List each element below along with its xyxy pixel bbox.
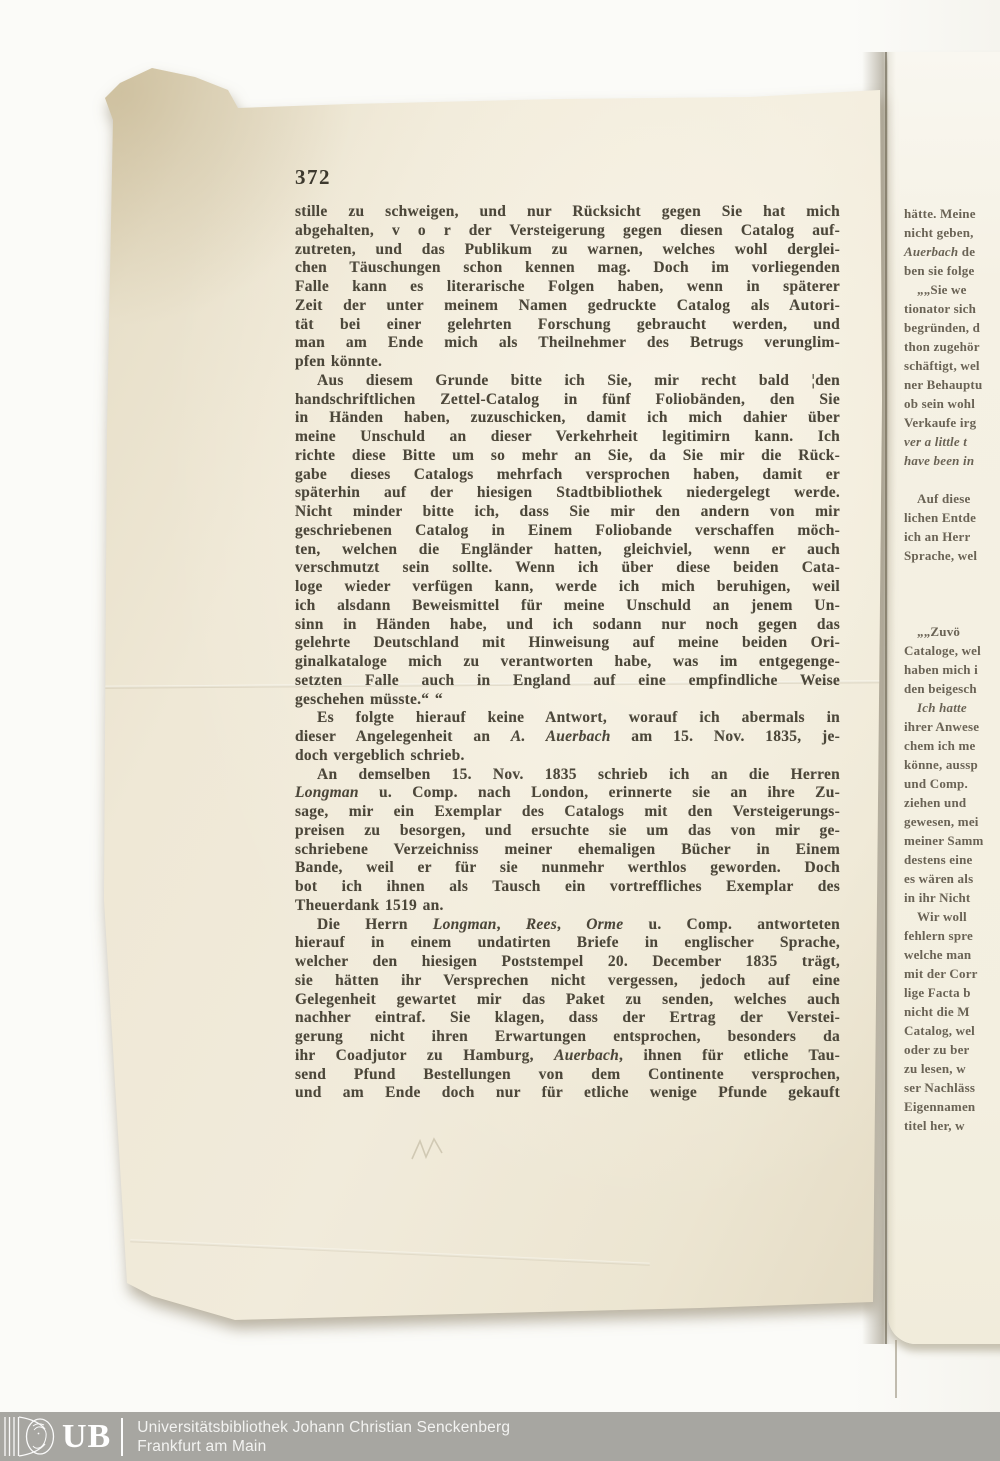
text-line: gerung nicht ihren Erwartungen entsproch… xyxy=(295,1028,840,1047)
text-line: handschriftlichen Zettel-Catalog in fünf… xyxy=(295,391,840,410)
text-line: sinn in Händen habe, und ich sodann nur … xyxy=(295,616,840,635)
facing-text-line: nicht geben, xyxy=(904,223,1000,242)
facing-text-line: ben sie folge xyxy=(904,261,1000,280)
text-line: meine Unschuld an dieser Verkehrheit leg… xyxy=(295,428,840,447)
scanned-page: 372 stille zu schweigen, und nur Rücksic… xyxy=(90,55,890,1325)
text-line: loge wieder verfügen kann, werde ich mic… xyxy=(295,578,840,597)
text-line: doch vergeblich schrieb. xyxy=(295,747,840,766)
ub-library-logo-icon xyxy=(2,1412,60,1461)
text-line: Nicht minder bitte ich, dass Sie mir den… xyxy=(295,503,840,522)
facing-text-line: nicht die M xyxy=(904,1002,1000,1021)
facing-text-line xyxy=(904,470,1000,489)
text-line: und am Ende doch nur für etliche wenige … xyxy=(295,1084,840,1103)
logo-divider xyxy=(121,1418,123,1456)
library-name: Universitätsbibliothek Johann Christian … xyxy=(137,1418,510,1437)
facing-text-line: oder zu ber xyxy=(904,1040,1000,1059)
facing-text-line: have been in xyxy=(904,451,1000,470)
text-line: Falle kann es literarische Folgen haben,… xyxy=(295,278,840,297)
text-line: schriebene Verzeichniss meiner ehemalige… xyxy=(295,841,840,860)
paper-crease xyxy=(130,1239,650,1266)
facing-text-line: thon zugehör xyxy=(904,337,1000,356)
page-fold-line xyxy=(895,1340,897,1398)
facing-text-line: den beigesch xyxy=(904,679,1000,698)
text-line: nachher eintraf. Sie klagen, dass der Er… xyxy=(295,1009,840,1028)
text-line: bot ich ihnen als Tausch ein vortrefflic… xyxy=(295,878,840,897)
facing-text-line: „„Sie we xyxy=(904,280,1000,299)
facing-text-line: ver a little t xyxy=(904,432,1000,451)
text-line: welcher den hiesigen Poststempel 20. Dec… xyxy=(295,953,840,972)
facing-text-line: es wären als xyxy=(904,869,1000,888)
facing-text-line: tionator sich xyxy=(904,299,1000,318)
facing-text-line: gewesen, mei xyxy=(904,812,1000,831)
text-line: send Pfund Bestellungen von dem Continen… xyxy=(295,1066,840,1085)
facing-text-line: ich an Herr xyxy=(904,527,1000,546)
text-line: verschmutzt sein sollte. Wenn ich über d… xyxy=(295,559,840,578)
facing-text-line: Eigennamen xyxy=(904,1097,1000,1116)
facing-text-line: ob sein wohl xyxy=(904,394,1000,413)
facing-text-line: in ihr Nicht xyxy=(904,888,1000,907)
facing-text-line: Sprache, wel xyxy=(904,546,1000,565)
text-line: gelehrte Deutschland mit Hinweisung auf … xyxy=(295,634,840,653)
facing-text-line: könne, aussp xyxy=(904,755,1000,774)
page-number: 372 xyxy=(295,165,840,190)
text-line: Longman u. Comp. nach London, erinnerte … xyxy=(295,784,840,803)
text-line: Bande, weil er für sie nunmehr werthlos … xyxy=(295,859,840,878)
library-city: Frankfurt am Main xyxy=(137,1437,510,1456)
text-line: hierauf in einem undatirten Briefe in en… xyxy=(295,934,840,953)
text-line: Zeit der unter meinem Namen gedruckte Ca… xyxy=(295,297,840,316)
facing-text-line: meiner Samm xyxy=(904,831,1000,850)
text-line: chen Täuschungen schon kennen mag. Doch … xyxy=(295,259,840,278)
facing-text-line: hätte. Meine xyxy=(904,204,1000,223)
facing-text-line xyxy=(904,584,1000,603)
facing-text-line: „„Zuvö xyxy=(904,622,1000,641)
text-line: abgehalten, v o r der Versteigerung gege… xyxy=(295,222,840,241)
facing-text-line: schäftigt, wel xyxy=(904,356,1000,375)
facing-text-line: begründen, d xyxy=(904,318,1000,337)
text-line: zutreten, und das Publikum zu warnen, we… xyxy=(295,241,840,260)
text-line: stille zu schweigen, und nur Rücksicht g… xyxy=(295,203,840,222)
facing-page-text: hätte. Meinenicht geben,Auerbach deben s… xyxy=(904,204,1000,1135)
facing-text-line: destens eine xyxy=(904,850,1000,869)
facing-text-line: und Comp. xyxy=(904,774,1000,793)
paper-sheet: 372 stille zu schweigen, und nur Rücksic… xyxy=(90,55,890,1325)
facing-text-line: titel her, w xyxy=(904,1116,1000,1135)
text-line: sage, mir ein Exemplar des Catalogs mit … xyxy=(295,803,840,822)
text-line: dieser Angelegenheit an A. Auerbach am 1… xyxy=(295,728,840,747)
text-line: man am Ende mich als Theilnehmer des Bet… xyxy=(295,334,840,353)
facing-text-line: ihrer Anwese xyxy=(904,717,1000,736)
facing-text-line: Catalog, wel xyxy=(904,1021,1000,1040)
text-line: in Händen haben, zuzuschicken, damit ich… xyxy=(295,409,840,428)
facing-text-line: Wir woll xyxy=(904,907,1000,926)
facing-text-line: fehlern spre xyxy=(904,926,1000,945)
text-line: ich alsdann Beweismittel für meine Unsch… xyxy=(295,597,840,616)
text-line: gabe dieses Catalogs mehrfach versproche… xyxy=(295,466,840,485)
text-line: pfen könnte. xyxy=(295,353,840,372)
facing-text-line: zu lesen, w xyxy=(904,1059,1000,1078)
text-line: richte diese Bitte um so mehr an Sie, da… xyxy=(295,447,840,466)
text-line: Aus diesem Grunde bitte ich Sie, mir rec… xyxy=(295,372,840,391)
facing-text-line xyxy=(904,603,1000,622)
text-line: geschehen müsste.“ “ xyxy=(295,691,840,710)
facing-text-line: Auf diese xyxy=(904,489,1000,508)
facing-page: hätte. Meinenicht geben,Auerbach deben s… xyxy=(888,52,1000,1344)
facing-text-line: welche man xyxy=(904,945,1000,964)
library-footer-bar: UB Universitätsbibliothek Johann Christi… xyxy=(0,1412,1000,1461)
text-line: preisen zu besorgen, und ersuchte sie um… xyxy=(295,822,840,841)
text-line: An demselben 15. Nov. 1835 schrieb ich a… xyxy=(295,766,840,785)
ub-logo-text: UB xyxy=(62,1420,111,1454)
text-line: sie hätten ihr Versprechen nicht vergess… xyxy=(295,972,840,991)
text-line: ginalkataloge mich zu verantworten habe,… xyxy=(295,653,840,672)
facing-text-line: ner Behauptu xyxy=(904,375,1000,394)
text-line: Die Herrn Longman, Rees, Orme u. Comp. a… xyxy=(295,916,840,935)
facing-text-line: Auerbach de xyxy=(904,242,1000,261)
page-text: stille zu schweigen, und nur Rücksicht g… xyxy=(295,203,840,1103)
facing-text-line: Verkaufe irg xyxy=(904,413,1000,432)
facing-text-line: haben mich i xyxy=(904,660,1000,679)
facing-text-line: Ich hatte xyxy=(904,698,1000,717)
text-line: setzten Falle auch in England auf eine e… xyxy=(295,672,840,691)
text-line: tät bei einer gelehrten Forschung gebrau… xyxy=(295,316,840,335)
facing-text-line xyxy=(904,565,1000,584)
book-scan-view: hätte. Meinenicht geben,Auerbach deben s… xyxy=(0,0,1000,1461)
text-line: geschriebenen Catalog in Einem Folioband… xyxy=(295,522,840,541)
facing-text-line: ser Nachläss xyxy=(904,1078,1000,1097)
text-line: Es folgte hierauf keine Antwort, worauf … xyxy=(295,709,840,728)
facing-text-line: ziehen und xyxy=(904,793,1000,812)
facing-text-line: Cataloge, wel xyxy=(904,641,1000,660)
text-line: ten, welchen die Engländer hatten, gleic… xyxy=(295,541,840,560)
pencil-mark xyxy=(410,1135,450,1165)
facing-text-line: chem ich me xyxy=(904,736,1000,755)
text-line: Theuerdank 1519 an. xyxy=(295,897,840,916)
facing-text-line: lige Facta b xyxy=(904,983,1000,1002)
text-line: späterhin auf der hiesigen Stadtbiblioth… xyxy=(295,484,840,503)
facing-text-line: mit der Corr xyxy=(904,964,1000,983)
text-line: Gelegenheit gewartet mir das Paket zu se… xyxy=(295,991,840,1010)
text-line: ihr Coadjutor zu Hamburg, Auerbach, ihne… xyxy=(295,1047,840,1066)
facing-text-line: lichen Entde xyxy=(904,508,1000,527)
